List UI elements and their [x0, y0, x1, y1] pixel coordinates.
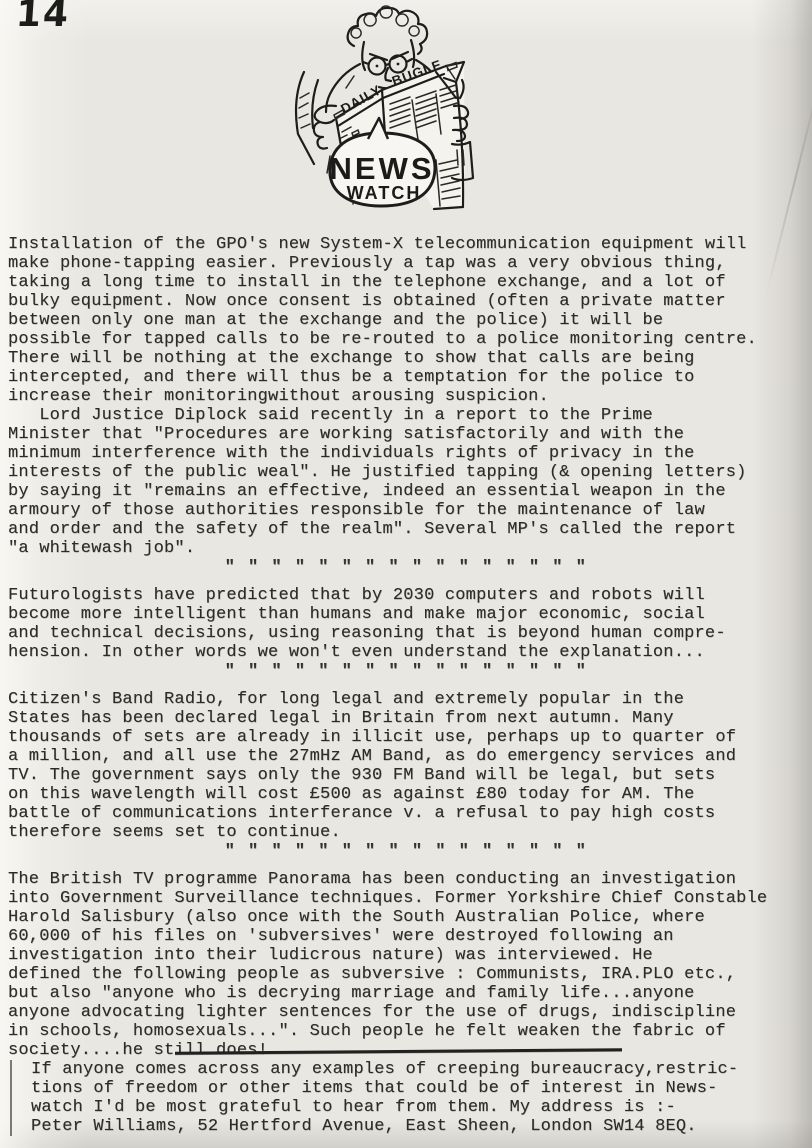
article-text-column: Installation of the GPO's new System-X t… — [8, 235, 804, 1136]
newswatch-cartoon: DAILY BUGLE — [284, 2, 476, 216]
bubble-text-news: NEWS — [330, 151, 435, 186]
scanned-page: 14 — [0, 0, 812, 1148]
page-number: 14 — [15, 0, 72, 35]
section-divider: " " " " " " " " " " " " " " " " — [8, 842, 804, 861]
paragraph-panorama: The British TV programme Panorama has be… — [8, 870, 804, 1060]
paragraph-futurologists: Futurologists have predicted that by 203… — [8, 586, 804, 662]
paragraph-cb-radio: Citizen's Band Radio, for long legal and… — [8, 690, 804, 842]
section-divider: " " " " " " " " " " " " " " " " — [8, 558, 804, 577]
section-divider: " " " " " " " " " " " " " " " " — [8, 662, 804, 681]
bubble-text-watch: WATCH — [347, 183, 422, 203]
paragraph-diplock-report: Lord Justice Diplock said recently in a … — [8, 406, 804, 558]
paragraph-contact-note: If anyone comes across any examples of c… — [10, 1060, 804, 1136]
cartoon-drawing: DAILY BUGLE — [284, 2, 476, 216]
paragraph-phone-tapping: Installation of the GPO's new System-X t… — [8, 235, 804, 406]
